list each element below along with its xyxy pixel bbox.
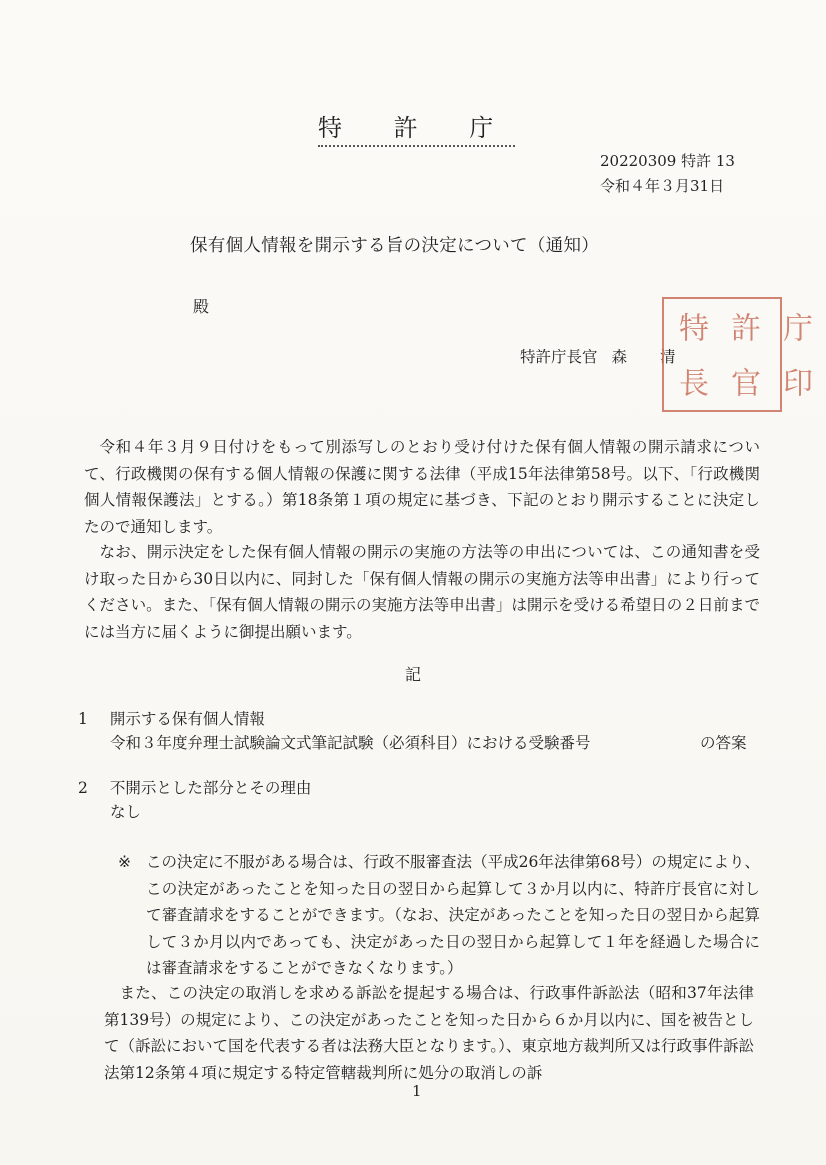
sender-title: 特許庁長官 [520,348,598,366]
page-number: 1 [412,1082,422,1100]
seal-char: 許 [716,299,768,355]
lawsuit-note: また、この決定の取消しを求める訴訟を提起する場合は、行政事件訴訟法（昭和37年法… [104,980,754,1086]
body-paragraph-1: 令和４年３月９日付けをもって別添写しのとおり受け付けた保有個人情報の開示請求につ… [84,434,760,540]
addressee: 殿 [193,294,209,317]
document-date: 令和４年３月31日 [600,175,724,196]
reference-mark: ※ [118,849,131,876]
document-subject: 保有個人情報を開示する旨の決定について（通知） [190,232,599,257]
appeal-note-text: この決定に不服がある場合は、行政不服審査法（平成26年法律第68号）の規定により… [146,849,760,982]
item-number: 1 [78,710,88,728]
seal-char: 官 [716,355,768,411]
official-seal-icon: 特 許 庁 長 官 印 [662,297,782,412]
item-heading: 不開示とした部分とその理由 [110,779,312,797]
agency-title: 特 許 庁 [318,108,515,147]
item-2-body: なし [110,800,141,822]
seal-char: 特 [664,299,716,355]
item-1-tail: の答案 [700,731,747,753]
document-page: 特 許 庁 20220309 特許 13 令和４年３月31日 保有個人情報を開示… [0,0,826,1165]
item-1-heading: 1開示する保有個人情報 [78,707,265,729]
item-heading: 開示する保有個人情報 [110,710,265,728]
body-paragraph-2: なお、開示決定をした保有個人情報の開示の実施の方法等の申出については、この通知書… [84,539,760,645]
seal-char: 庁 [768,299,820,355]
item-number: 2 [78,779,88,797]
item-2-heading: 2不開示とした部分とその理由 [78,776,311,798]
ki-heading: 記 [405,662,421,685]
seal-char: 印 [768,355,820,411]
seal-char: 長 [664,355,716,411]
item-1-body: 令和３年度弁理士試験論文式筆記試験（必須科目）における受験番号 [110,731,591,753]
document-number: 20220309 特許 13 [600,150,735,171]
appeal-note: ※ この決定に不服がある場合は、行政不服審査法（平成26年法律第68号）の規定に… [86,849,766,982]
